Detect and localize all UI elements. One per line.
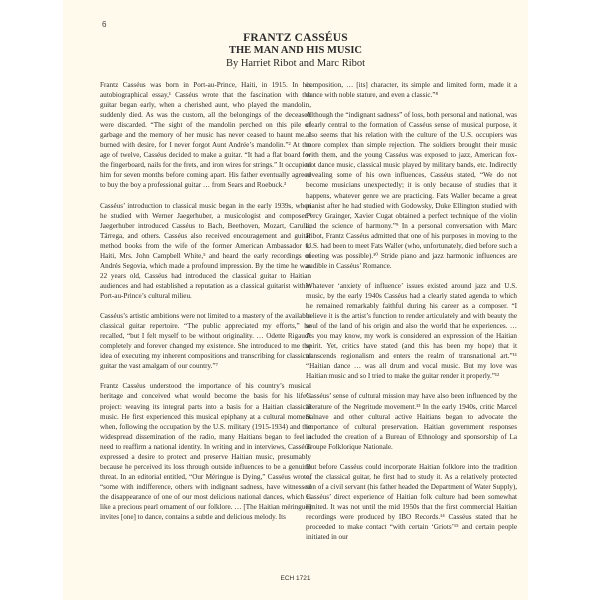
paragraph: Casséus’ introduction to classical music… <box>100 201 311 301</box>
article-header: FRANTZ CASSÉUS THE MAN AND HIS MUSIC By … <box>63 32 528 70</box>
article-byline: By Harriet Ribot and Marc Ribot <box>63 57 528 70</box>
article-subtitle: THE MAN AND HIS MUSIC <box>63 45 528 57</box>
article-title: FRANTZ CASSÉUS <box>63 32 528 45</box>
right-column: composition, … [its] character, its simp… <box>306 80 517 552</box>
page-number: 6 <box>102 20 106 29</box>
paragraph: Although the “indignant sadness” of loss… <box>306 110 517 271</box>
paragraph: But before Casséus could incorporate Hai… <box>306 462 517 542</box>
paragraph: Whatever ‘anxiety of influence’ issues e… <box>306 281 517 381</box>
paragraph: Frantz Casséus was born in Port-au-Princ… <box>100 80 311 191</box>
paragraph: Casséus’s artistic ambitions were not li… <box>100 311 311 371</box>
paragraph: composition, … [its] character, its simp… <box>306 80 517 100</box>
paragraph: Casséus’ sense of cultural mission may h… <box>306 391 517 451</box>
footer-catalog-code: ECH 1721 <box>63 575 528 582</box>
left-column: Frantz Casséus was born in Port-au-Princ… <box>100 80 311 532</box>
paragraph: Frantz Casséus understood the importance… <box>100 381 311 522</box>
